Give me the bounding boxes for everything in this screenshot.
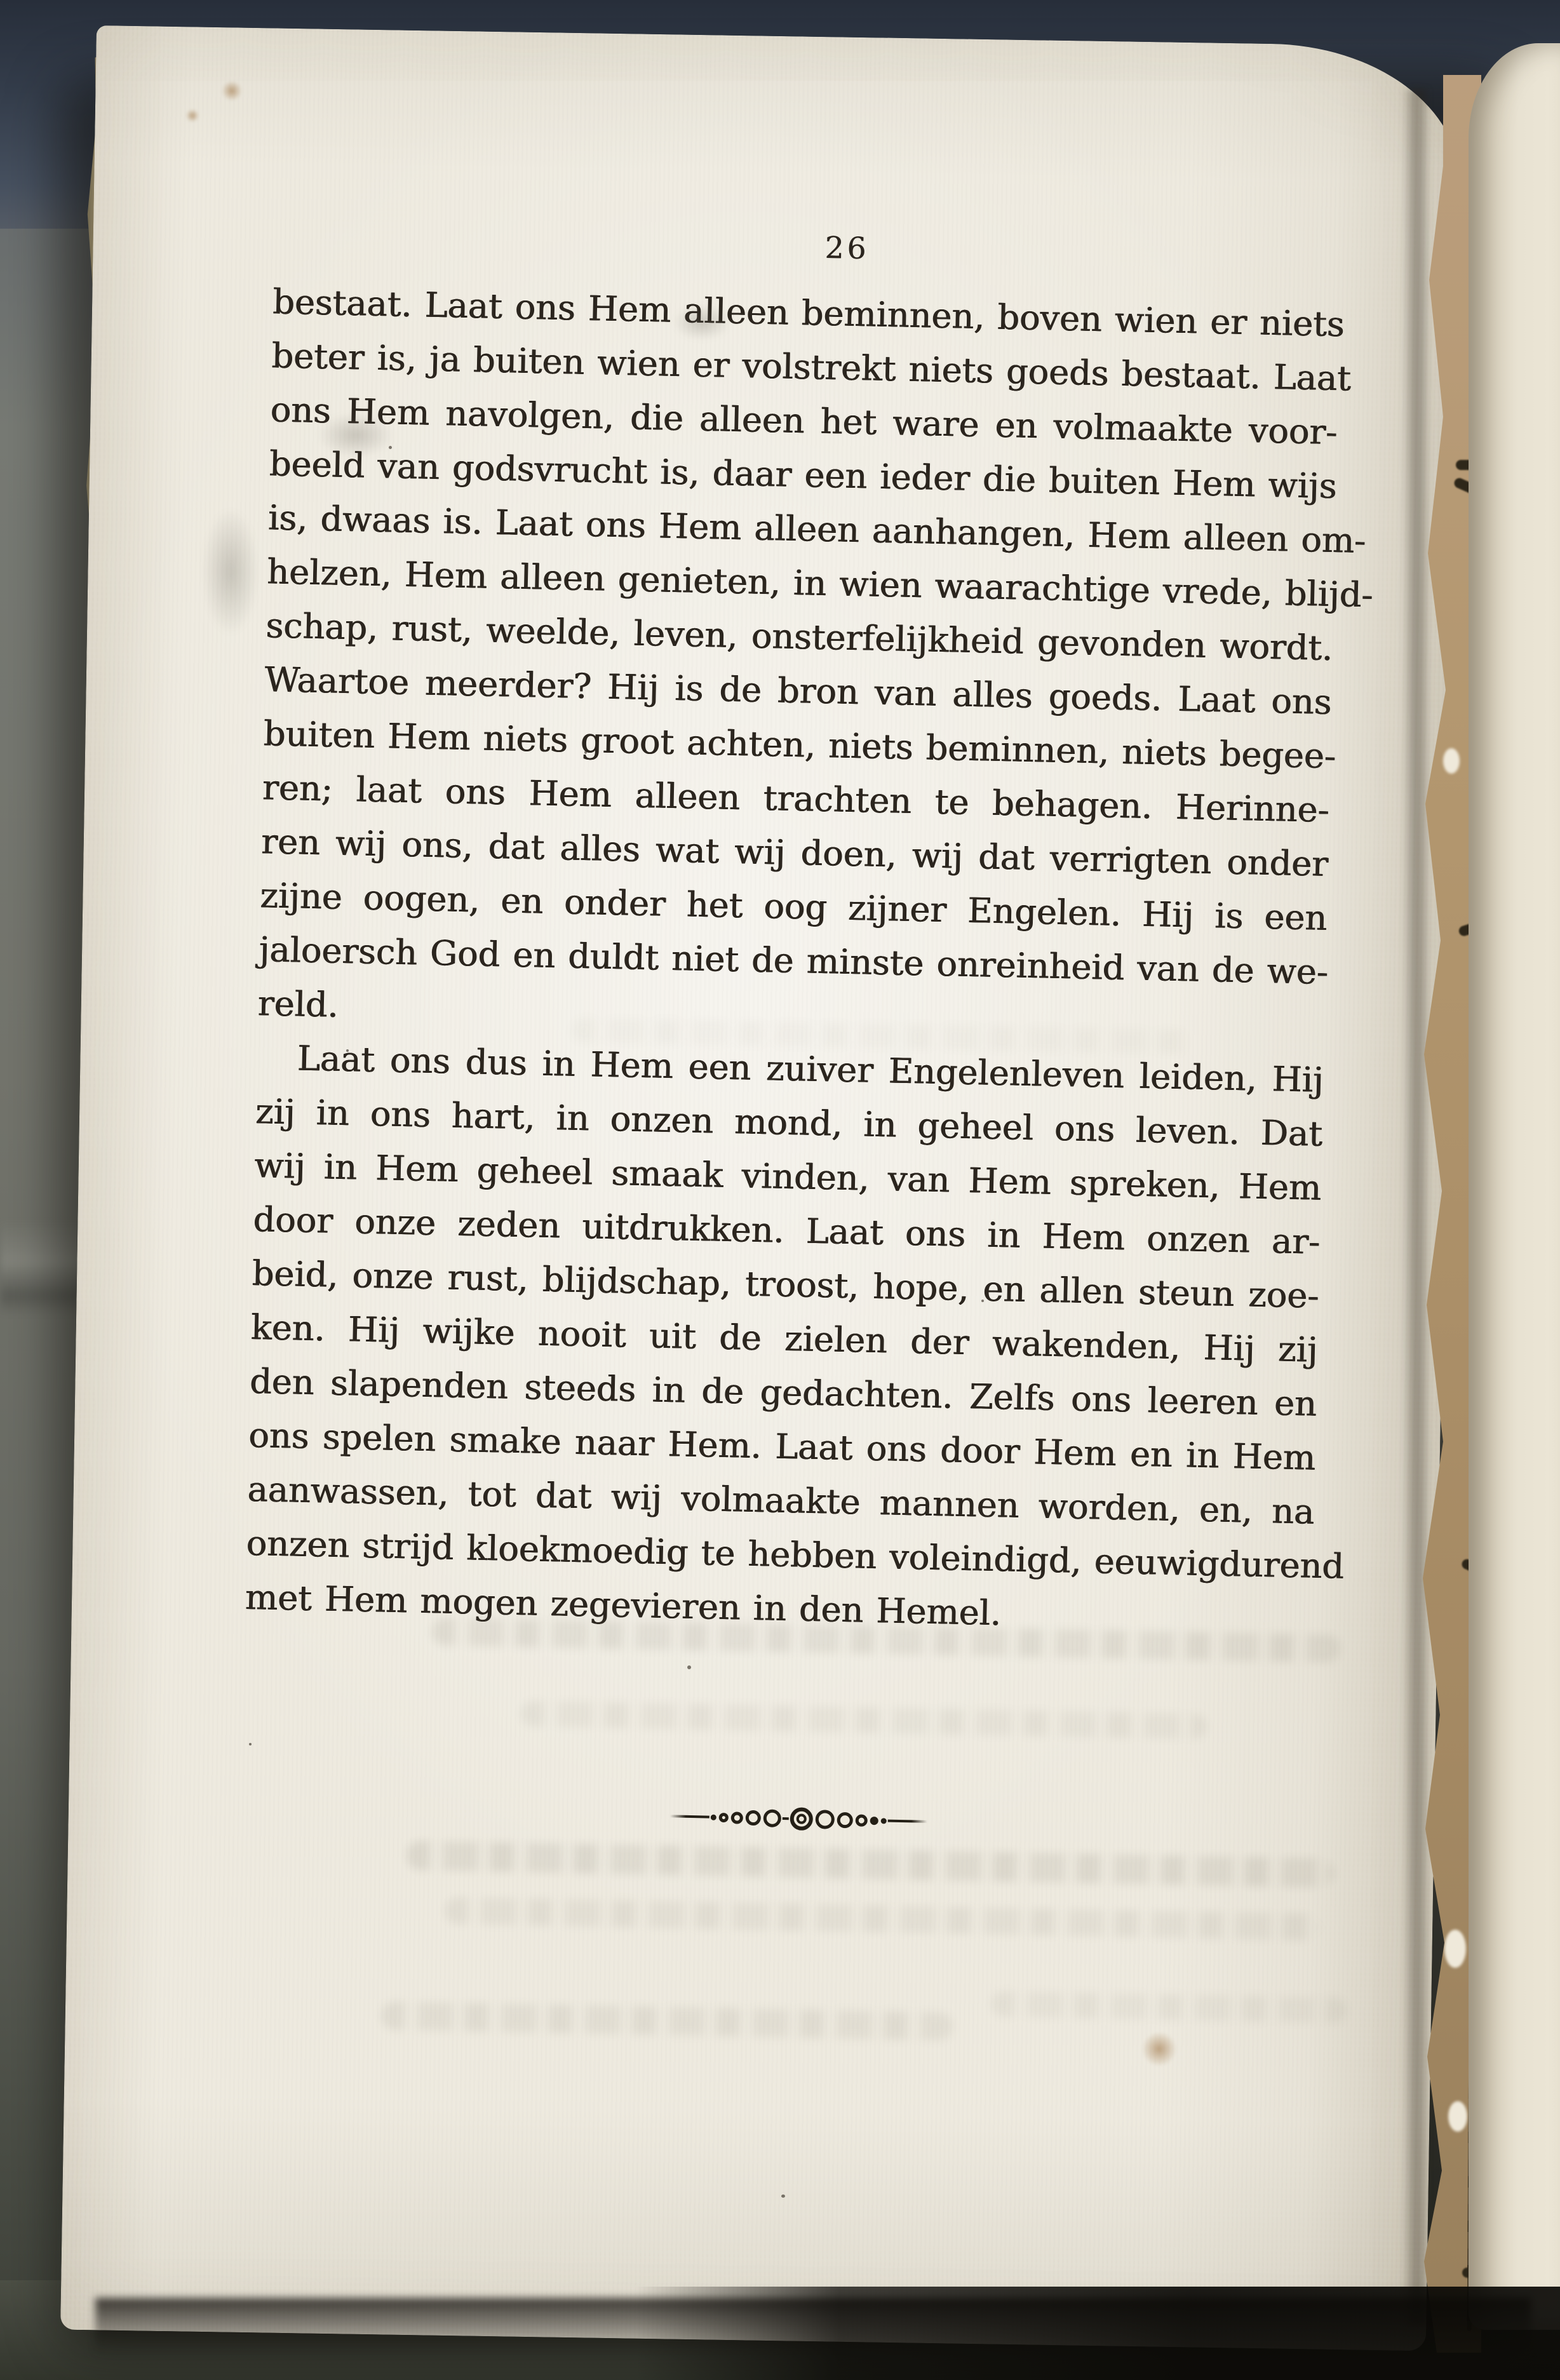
ornament-bead [870, 1816, 878, 1824]
foxing-spot [185, 109, 199, 122]
ornament-bead [790, 1807, 813, 1831]
foxing-spot [221, 81, 243, 100]
ink-speck [981, 1300, 984, 1302]
ornament-bead [837, 1812, 853, 1828]
ink-speck [249, 1743, 252, 1745]
ornament-dash [669, 1815, 709, 1818]
stain-smudge [202, 508, 259, 635]
next-page-leaf [1469, 43, 1560, 2330]
ornament-connector [782, 1817, 788, 1820]
ornament-bead [815, 1810, 835, 1829]
ink-speck [346, 1049, 349, 1052]
binding-paper-gap [1443, 748, 1460, 774]
ornament-dash [887, 1820, 927, 1823]
bottom-right-shadow [635, 2287, 1560, 2380]
ornament-bead [710, 1814, 716, 1820]
ornament-bead [718, 1812, 728, 1822]
ornament-bead [763, 1809, 781, 1827]
binding-paper-gap [1444, 1930, 1466, 1968]
foxing-spot [1141, 2033, 1178, 2066]
ink-speck [781, 2195, 785, 2198]
ornament-bead [880, 1818, 886, 1824]
photo-of-book-page: { "page": { "page_number": "26", "lines"… [0, 0, 1560, 2380]
ornament-bead [855, 1814, 867, 1826]
stain-smudge [318, 413, 394, 457]
gutter-shadow [1402, 89, 1428, 2325]
ornament-bead [730, 1812, 743, 1824]
ink-speck [389, 446, 392, 449]
ornament-bead [745, 1810, 761, 1826]
stain-smudge [673, 305, 730, 340]
ink-speck [687, 1665, 691, 1669]
binding-paper-gap [1448, 2101, 1467, 2132]
body-text: bestaat. Laat ons Hem alleen beminnen, b… [245, 274, 1340, 1646]
ink-speck [584, 751, 587, 754]
